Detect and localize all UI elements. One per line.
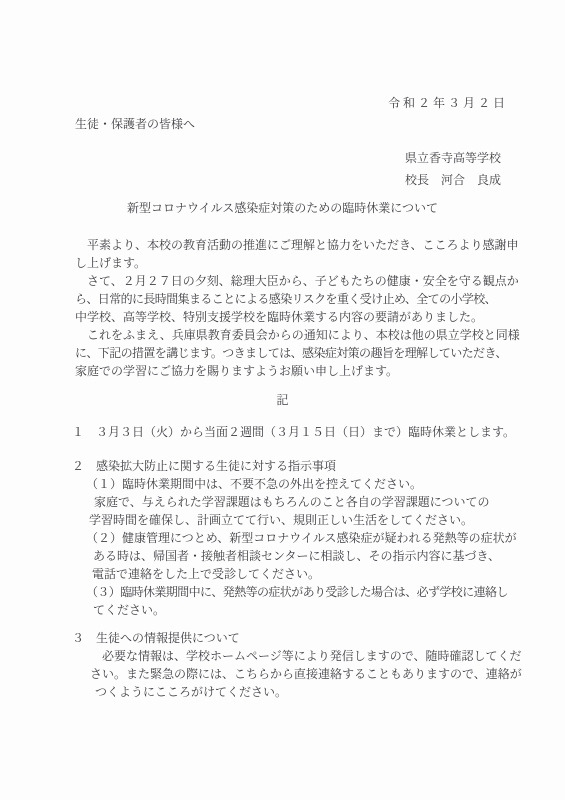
- document-page: 令和２年３月２日 生徒・保護者の皆様へ 県立香寺高等学校 校長 河合 良成 新型…: [0, 0, 565, 800]
- paragraph-greeting-line: 平素より、本校の教育活動の推進にご理解と協力をいただき、こころより感謝申: [75, 236, 565, 254]
- paragraph-measures-line: これをふまえ、兵庫県教育委員会からの通知により、本校は他の県立学校と同様: [75, 326, 565, 344]
- item-1-closure-period: １ ３月３日（火）から当面２週間（３月１５日（日）まで）臨時休業とします。: [72, 423, 565, 441]
- item-2-sub-3-line: （３）臨時休業期間中に、発熱等の症状があり受診した場合は、必ず学校に連絡し: [86, 583, 565, 601]
- recipient-line: 生徒・保護者の皆様へ: [75, 115, 565, 133]
- paragraph-measures-line: 家庭での学習にご協力を賜りますようお願い申し上げます。: [75, 362, 565, 380]
- item-3-body-line: 必要な情報は、学校ホームページ等により発信しますので、随時確認してくだ: [102, 647, 565, 665]
- document-title: 新型コロナウイルス感染症対策のための臨時休業について: [0, 199, 565, 217]
- paragraph-background-line: 中学校、高等学校、特別支援学校を臨時休業する内容の要請がありました。: [75, 308, 565, 326]
- sender-principal: 校長 河合 良成: [405, 171, 565, 189]
- item-3-heading: ３ 生徒への情報提供について: [72, 629, 565, 647]
- item-2-sub-2-line: 電話で連絡をした上で受診してください。: [92, 565, 565, 583]
- item-3-body-line: さい。また緊急の際には、こちらから直接連絡することもありますので、連絡が: [90, 665, 565, 683]
- sender-school: 県立香寺高等学校: [405, 149, 565, 167]
- paragraph-greeting-line: し上げます。: [75, 254, 565, 272]
- item-3-body-line: つくようにこころがけてください。: [95, 683, 565, 701]
- item-2-heading: ２ 感染拡大防止に関する生徒に対する指示事項: [72, 457, 565, 475]
- item-2-sub-1-line: 学習時間を確保し、計画立てて行い、規則正しい生活をしてください。: [89, 511, 565, 529]
- document-date: 令和２年３月２日: [388, 94, 565, 112]
- item-2-sub-1-line: 家庭で、与えられた学習課題はもちろんのこと各自の学習課題についての: [94, 493, 565, 511]
- item-2-sub-3-line: てください。: [93, 601, 565, 619]
- paragraph-background-line: ら、日常的に長時間集まることによる感染リスクを重く受け止め、全ての小学校、: [75, 290, 565, 308]
- ki-marker: 記: [0, 391, 565, 409]
- item-2-sub-2-line: （２）健康管理につとめ、新型コロナウイルス感染症が疑われる発熱等の症状が: [86, 529, 565, 547]
- paragraph-background-line: さて、２月２７日の夕刻、総理大臣から、子どもたちの健康・安全を守る観点か: [75, 272, 565, 290]
- item-2-sub-1-line: （１）臨時休業期間中は、不要不急の外出を控えてください。: [86, 475, 565, 493]
- item-2-sub-2-line: ある時は、帰国者・接触者相談センターに相談し、その指示内容に基づき、: [93, 547, 565, 565]
- paragraph-measures-line: に、下記の措置を講じます。つきましては、感染症対策の趣旨を理解していただき、: [75, 344, 565, 362]
